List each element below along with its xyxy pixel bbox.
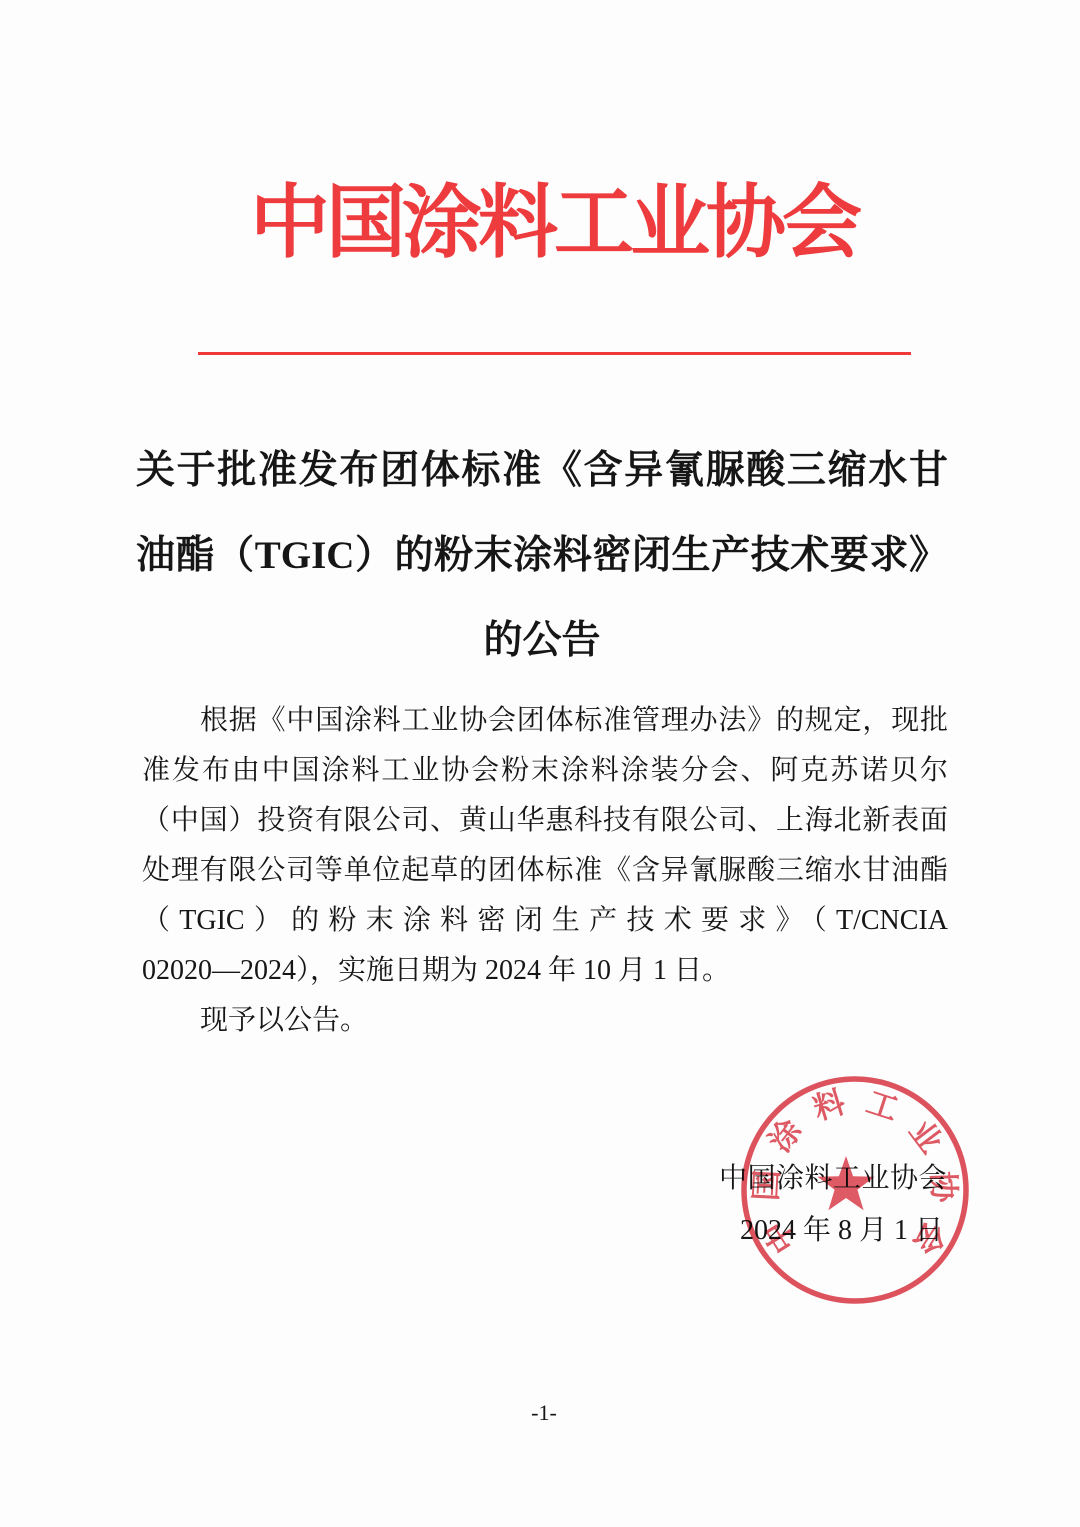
svg-text:涂: 涂 (762, 1113, 809, 1159)
body-line-1: 根据《中国涂料工业协会团体标准管理办法》的规定，现批 (142, 696, 948, 746)
svg-text:工: 工 (862, 1084, 902, 1127)
announcement-title-line-3: 的公告 (136, 598, 948, 683)
signature-org-name: 中国涂料工业协会 (719, 1156, 947, 1196)
body-line-3: （中国）投资有限公司、黄山华惠科技有限公司、上海北新表面 (142, 796, 948, 846)
document-page: 中国涂料工业协会 关于批准发布团体标准《含异氰脲酸三缩水甘 油酯（TGIC）的粉… (0, 0, 1080, 1527)
announcement-body: 根据《中国涂料工业协会团体标准管理办法》的规定，现批 准发布由中国涂料工业协会粉… (142, 696, 948, 1046)
page-number: -1- (0, 1400, 1080, 1426)
body-line-6: 02020—2024），实施日期为 2024 年 10 月 1 日。 (142, 946, 948, 996)
announcement-title: 关于批准发布团体标准《含异氰脲酸三缩水甘 油酯（TGIC）的粉末涂料密闭生产技术… (136, 428, 948, 683)
body-line-4: 处理有限公司等单位起草的团体标准《含异氰脲酸三缩水甘油酯 (142, 846, 948, 896)
letterhead-divider-line (198, 352, 911, 355)
letterhead-org-title: 中国涂料工业协会 (0, 158, 1080, 273)
body-line-2: 准发布由中国涂料工业协会粉末涂料涂装分会、阿克苏诺贝尔 (142, 746, 948, 796)
announcement-title-line-1: 关于批准发布团体标准《含异氰脲酸三缩水甘 (136, 428, 948, 513)
announcement-title-line-2: 油酯（TGIC）的粉末涂料密闭生产技术要求》 (136, 513, 948, 598)
svg-text:业: 业 (902, 1114, 949, 1160)
body-line-5: （TGIC）的粉末涂料密闭生产技术要求》（T/CNCIA (142, 896, 948, 946)
body-line-7: 现予以公告。 (142, 996, 948, 1046)
svg-text:料: 料 (809, 1084, 849, 1127)
signature-date: 2024 年 8 月 1 日 (740, 1208, 943, 1248)
